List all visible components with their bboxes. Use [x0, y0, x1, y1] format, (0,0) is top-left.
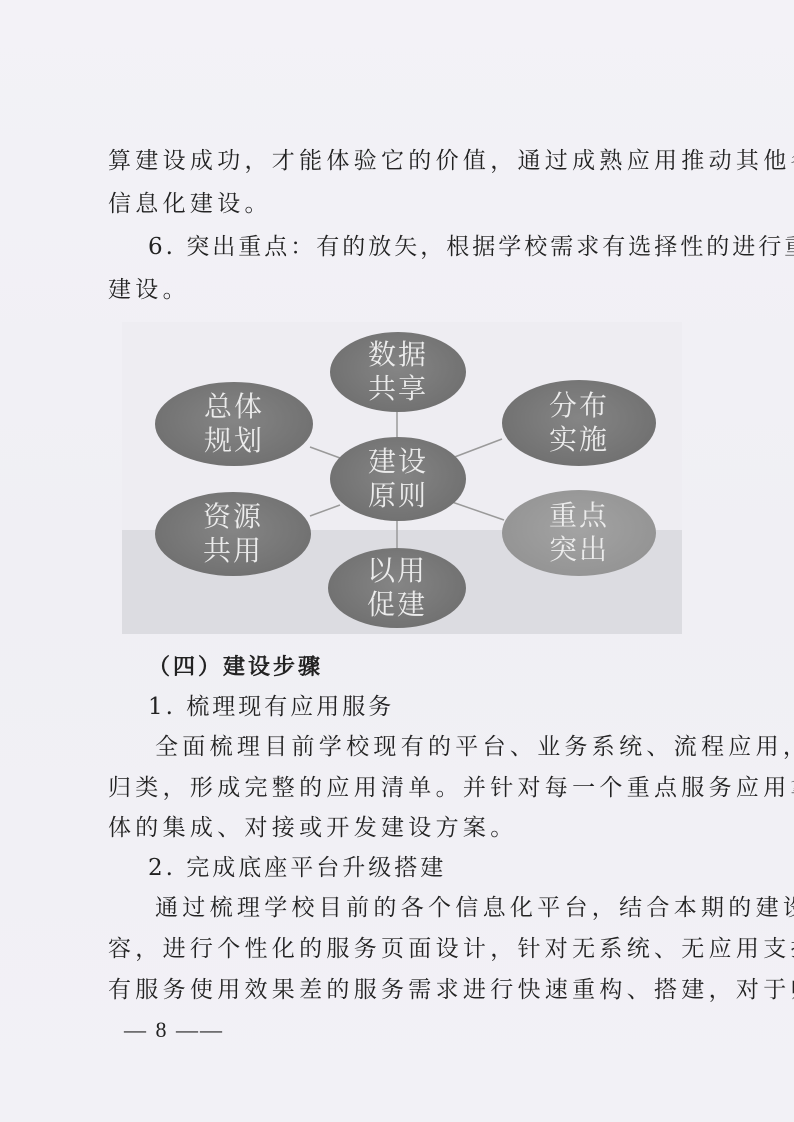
diagram-node-key-focus: 重点 突出: [502, 490, 656, 576]
node-label: 规划: [204, 424, 264, 458]
node-label: 分布: [549, 389, 609, 423]
diagram-node-data-sharing: 数据 共享: [330, 332, 466, 412]
paragraph-line: 有服务使用效果差的服务需求进行快速重构、搭建，对于师生已: [108, 975, 708, 1005]
diagram-node-resource-sharing: 资源 共用: [155, 492, 311, 576]
list-item-6-continuation: 建设。: [108, 275, 708, 305]
node-label: 共享: [368, 372, 428, 406]
diagram-node-distributed-implementation: 分布 实施: [502, 380, 656, 466]
section-heading: （四）建设步骤: [148, 652, 748, 682]
paragraph-line: 算建设成功，才能体验它的价值，通过成熟应用推动其他各部门: [108, 146, 708, 176]
node-label: 数据: [368, 338, 428, 372]
node-label: 建设: [368, 445, 428, 479]
page-number: — 8 ——: [124, 1016, 224, 1044]
node-label: 促建: [367, 588, 427, 622]
document-page: 算建设成功，才能体验它的价值，通过成熟应用推动其他各部门 信息化建设。 6. 突…: [0, 0, 794, 1122]
diagram-center-construction-principles: 建设 原则: [330, 437, 466, 521]
list-item-6: 6. 突出重点：有的放矢，根据学校需求有选择性的进行重点: [148, 232, 748, 262]
node-label: 重点: [549, 499, 609, 533]
diagram-node-overall-planning: 总体 规划: [155, 382, 313, 466]
paragraph-line: 通过梳理学校目前的各个信息化平台，结合本期的建设内: [155, 893, 755, 923]
node-label: 原则: [368, 479, 428, 513]
construction-principles-diagram: 数据 共享 总体 规划 分布 实施 建设 原则 资源 共用 重点 突出: [122, 322, 682, 634]
node-label: 资源: [203, 500, 263, 534]
paragraph-line: 信息化建设。: [108, 189, 708, 219]
step-2-title: 2. 完成底座平台升级搭建: [148, 853, 748, 883]
paragraph-line: 容，进行个性化的服务页面设计，针对无系统、无应用支撑或原: [108, 934, 708, 964]
diagram-node-promote-by-use: 以用 促建: [328, 548, 466, 628]
step-1-title: 1. 梳理现有应用服务: [148, 692, 748, 722]
node-label: 共用: [203, 534, 263, 568]
paragraph-line: 体的集成、对接或开发建设方案。: [108, 813, 708, 843]
paragraph-line: 归类，形成完整的应用清单。并针对每一个重点服务应用拿出具: [108, 773, 708, 803]
node-label: 实施: [549, 423, 609, 457]
node-label: 以用: [367, 554, 427, 588]
paragraph-line: 全面梳理目前学校现有的平台、业务系统、流程应用，整合: [155, 732, 755, 762]
node-label: 突出: [549, 533, 609, 567]
node-label: 总体: [204, 390, 264, 424]
